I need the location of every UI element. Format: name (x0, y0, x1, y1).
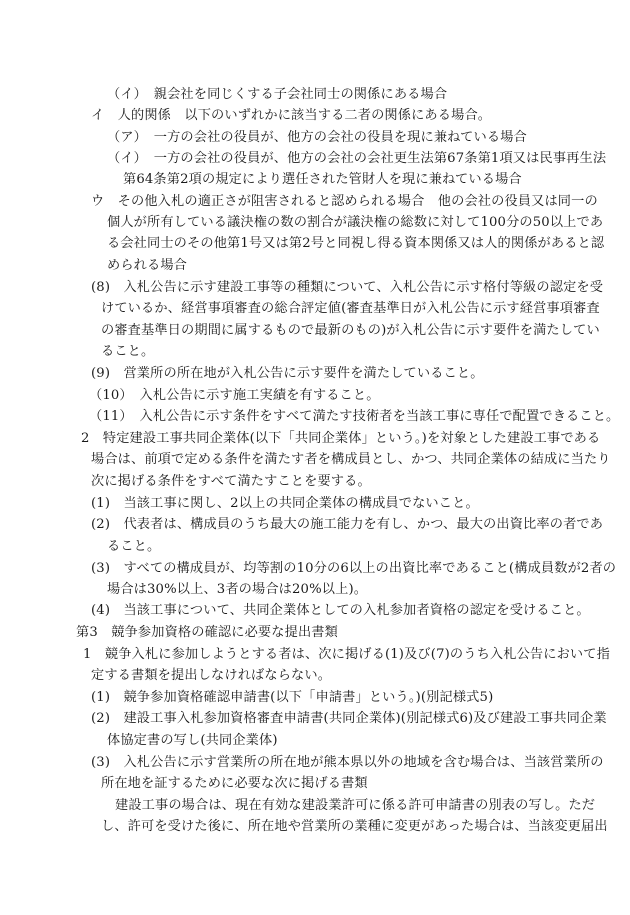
document-text-line: （イ） 一方の会社の役員が、他方の会社の会社更生法第67条第1項又は民事再生法 (107, 151, 606, 167)
document-text-line: る会社同士のその他第1号又は第2号と同視し得る資本関係又は人的関係があると認 (107, 236, 604, 252)
document-text-line: 次に掲げる条件をすべて満たすことを要する。 (91, 474, 371, 490)
document-text-line: 第64条第2項の規定により選任された管財人を現に兼ねている場合 (123, 172, 522, 188)
document-page: （イ） 親会社を同じくする子会社同士の関係にある場合イ 人的関係 以下のいずれか… (0, 0, 630, 915)
document-text-line: (1) 競争参加資格確認申請書(以下「申請書」という。)(別記様式5) (91, 690, 493, 706)
document-text-line: 1 競争入札に参加しようとする者は、次に掲げる(1)及び(7)のうち入札公告にお… (83, 647, 610, 663)
document-text-line: 2 特定建設工事共同企業体(以下「共同企業体」という。)を対象とした建設工事であ… (81, 431, 600, 447)
document-text-line: 場合は、前項で定める条件を満たす者を構成員とし、かつ、共同企業体の結成に当たり (91, 452, 611, 468)
document-text-line: 体協定書の写し(共同企業体) (107, 733, 278, 749)
document-text-line: (8) 入札公告に示す建設工事等の種類について、入札公告に示す格付等級の認定を受 (91, 280, 603, 296)
document-text-line: (3) すべての構成員が、均等割の10分の6以上の出資比率であること(構成員数が… (91, 561, 616, 577)
document-text-line: ること。 (101, 344, 154, 360)
document-text-line: の審査基準日の期間に属するもので最新のもの)が入札公告に示す要件を満たしてい (101, 323, 600, 339)
document-text-line: 所在地を証するために必要な次に掲げる書類 (101, 776, 368, 792)
document-text-line: (3) 入札公告に示す営業所の所在地が熊本県以外の地域を含む場合は、当該営業所の (91, 755, 604, 771)
document-text-line: (9) 営業所の所在地が入札公告に示す要件を満たしていること。 (91, 366, 484, 382)
document-text-line: （ア） 一方の会社の役員が、他方の会社の役員を現に兼ねている場合 (107, 130, 527, 146)
document-text-line: 第3 競争参加資格の確認に必要な提出書類 (76, 625, 338, 641)
document-text-line: められる場合 (107, 258, 187, 274)
document-text-line: (2) 代表者は、構成員のうち最大の施工能力を有し、かつ、最大の出資比率の者であ (91, 517, 603, 533)
document-text-line: し、許可を受けた後に、所在地や営業所の業種に変更があった場合は、当該変更届出 (101, 819, 608, 835)
document-text-line: (1) 当該工事に関し、2以上の共同企業体の構成員でないこと。 (91, 496, 479, 512)
document-text-line: ること。 (107, 539, 160, 555)
document-text-line: 建設工事の場合は、現在有効な建設業許可に係る許可申請書の別表の写し。ただ (115, 798, 595, 814)
document-text-line: (2) 建設工事入札参加資格審査申請書(共同企業体)(別記様式6)及び建設工事共… (91, 711, 607, 727)
document-text-line: けているか、経営事項審査の総合評定値(審査基準日が入札公告に示す経営事項審査 (101, 301, 600, 317)
document-text-line: イ 人的関係 以下のいずれかに該当する二者の関係にある場合。 (91, 108, 491, 124)
document-text-line: （10） 入札公告に示す施工実績を有すること。 (89, 388, 380, 404)
document-text-line: （11） 入札公告に示す条件をすべて満たす技術者を当該工事に専任で配置できること… (89, 409, 619, 425)
document-text-line: 定する書類を提出しなければならない。 (91, 668, 331, 684)
document-text-line: 個人が所有している議決権の数の割合が議決権の総数に対して100分の50以上であ (107, 215, 603, 231)
document-text-line: ウ その他入札の適正さが阻害されると認められる場合 他の会社の役員又は同一の (91, 194, 598, 210)
document-text-line: 場合は30%以上、3者の場合は20%以上)。 (107, 582, 367, 598)
document-text-line: (4) 当該工事について、共同企業体としての入札参加者資格の認定を受けること。 (91, 603, 590, 619)
document-text-line: （イ） 親会社を同じくする子会社同士の関係にある場合 (107, 87, 447, 103)
